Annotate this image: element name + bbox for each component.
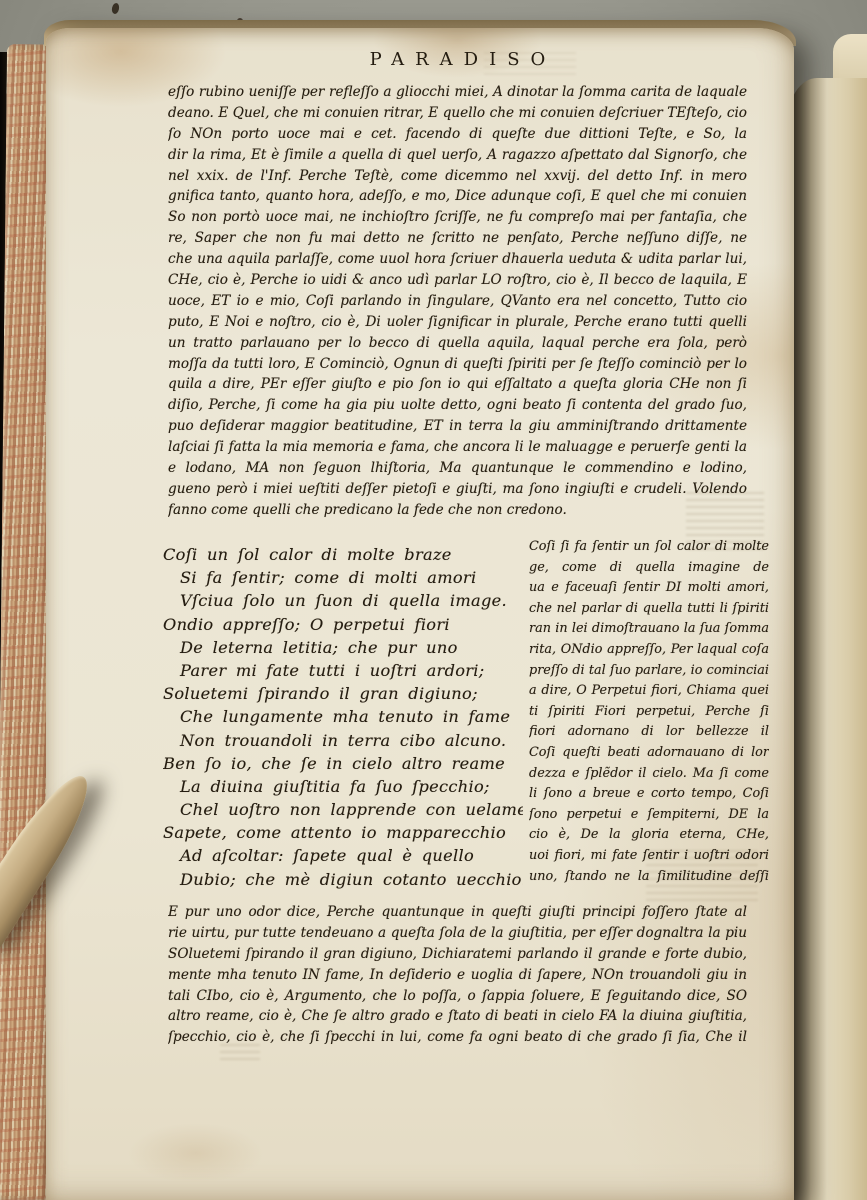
text-line: preſſo di tal ſuo parlare, io cominciai … bbox=[529, 661, 769, 682]
verse-column: Coſi un ſol calor di molte braze Si fa ſ… bbox=[163, 543, 523, 891]
text-line: diſio, Perche, ſi come ha gia piu uolte … bbox=[168, 395, 747, 416]
text-line: mente mha tenuto IN fame, In deſiderio e… bbox=[168, 965, 747, 986]
text-line: dezza e ſplẽdor il cielo. Ma ſi come que… bbox=[529, 764, 769, 785]
text-line: ge, come di quella imagine de laquila uſ… bbox=[529, 558, 769, 579]
text-line: Coſi ſi fa ſentir un ſol calor di molte … bbox=[529, 537, 769, 558]
top-commentary-block: eſſo rubino ueniſſe per refleſſo a glioc… bbox=[168, 82, 747, 521]
verse-line: Sapete, come attento io mapparecchio bbox=[163, 821, 523, 844]
text-line: gnifica tanto, quanto hora, adeſſo, e mo… bbox=[168, 186, 747, 207]
text-line: ſono perpetui e ſempiterni, DE la letiti… bbox=[529, 805, 769, 826]
text-line: SOluetemi ſpirando il gran digiuno, Dich… bbox=[168, 944, 747, 965]
text-line: gueno però i miei ueſtiti deſſer pietoſi… bbox=[168, 479, 747, 500]
verse-line: Ben ſo io, che ſe in cielo altro reame bbox=[163, 752, 523, 775]
text-line: cio è, De la gloria eterna, CHe, Iquali bbox=[529, 825, 769, 846]
text-line: So non portò uoce mai, ne inchioſtro ſcr… bbox=[168, 207, 747, 228]
verse-line: Soluetemi ſpirando il gran digiuno; bbox=[163, 682, 523, 705]
text-line: quila a dire, PEr eſſer giuſto e pio ſon… bbox=[168, 374, 747, 395]
facing-page-fore-edge bbox=[787, 78, 867, 1200]
book-page: PARADISO eſſo rubino ueniſſe per refleſſ… bbox=[46, 28, 794, 1200]
text-line: laſciai ſi fatta la mia memoria e fama, … bbox=[168, 437, 747, 458]
bottom-commentary-block: E pur uno odor dice, Perche quantunque i… bbox=[168, 902, 747, 1048]
text-line: ſo NOn porto uoce mai e cet. facendo di … bbox=[168, 124, 747, 145]
text-line: Coſi queſti beati adornauano di lor luci… bbox=[529, 743, 769, 764]
text-line: ti ſpiriti Fiori perpetui, Perche ſi com… bbox=[529, 702, 769, 723]
text-line: ſpecchio, cio è, che ſi ſpecchi in lui, … bbox=[168, 1027, 747, 1048]
text-line: tali CIbo, cio è, Argumento, che lo poſſ… bbox=[168, 986, 747, 1007]
book-photograph: PARADISO eſſo rubino ueniſſe per refleſſ… bbox=[0, 0, 867, 1200]
text-line: che nel parlar di quella tutti li ſpirit… bbox=[529, 599, 769, 620]
text-line: e lodano, MA non ſeguon lhiſtoria, Ma qu… bbox=[168, 458, 747, 479]
verse-line: Coſi un ſol calor di molte braze bbox=[163, 543, 523, 566]
verse-line: Non trouandoli in terra cibo alcuno. bbox=[163, 729, 523, 752]
commentary-column: Coſi ſi fa ſentir un ſol calor di molte … bbox=[529, 537, 769, 887]
page-title: PARADISO bbox=[168, 49, 747, 70]
text-line: deano. E Quel, che mi conuien ritrar, E … bbox=[168, 103, 747, 124]
text-line: fiori adornano di lor bellezze il prato, bbox=[529, 722, 769, 743]
text-line: altro reame, cio è, Che ſe altro grado e… bbox=[168, 1006, 747, 1027]
text-line: moſſa da tutti loro, E Cominciò, Ognun d… bbox=[168, 354, 747, 375]
verse-line: La diuina giuſtitia fa ſuo ſpecchio; bbox=[163, 775, 523, 798]
verse-line: Si fa ſentir; come di molti amori bbox=[163, 566, 523, 589]
text-line: dir la rima, Et è ſimile a quella di que… bbox=[168, 145, 747, 166]
text-line: a dire, O Perpetui fiori, Chiama quei be… bbox=[529, 681, 769, 702]
text-line: uoce, ET io e mio, Coſi parlando in ſing… bbox=[168, 291, 747, 312]
text-line: li ſono a breue e corto tempo, Coſi queſ… bbox=[529, 784, 769, 805]
text-line: ran in lei dimoſtrauano la ſua ſomma ca⸗ bbox=[529, 619, 769, 640]
text-line: re, Saper che non fu mai detto ne ſcritt… bbox=[168, 228, 747, 249]
text-line: E pur uno odor dice, Perche quantunque i… bbox=[168, 902, 747, 923]
verse-line: Parer mi fate tutti i uoſtri ardori; bbox=[163, 659, 523, 682]
text-line: nel xxix. de l'Inf. Perche Teſtè, come d… bbox=[168, 166, 747, 187]
text-line: un tratto parlauano per lo becco di quel… bbox=[168, 333, 747, 354]
text-line: puo deſiderar maggior beatitudine, ET in… bbox=[168, 416, 747, 437]
verse-line: Chel uoſtro non lapprende con uelame. bbox=[163, 798, 523, 821]
verse-line: Che lungamente mha tenuto in fame bbox=[163, 705, 523, 728]
text-line: che una aquila parlaſſe, come uuol hora … bbox=[168, 249, 747, 270]
dust-speck bbox=[111, 2, 120, 14]
verse-line: Dubio; che mè digiun cotanto uecchio. bbox=[163, 868, 523, 891]
verse-line: Ad aſcoltar: ſapete qual è quello bbox=[163, 844, 523, 867]
text-line: fanno come quelli che predicano la fede … bbox=[168, 500, 747, 521]
text-line: puto, E Noi e noſtro, cio è, Di uoler ſi… bbox=[168, 312, 747, 333]
text-line: eſſo rubino ueniſſe per refleſſo a glioc… bbox=[168, 82, 747, 103]
text-line: ua e faceuaſi ſentir DI molti amori, Per… bbox=[529, 578, 769, 599]
text-line: rita, ONdio appreſſo, Per laqual coſa ap… bbox=[529, 640, 769, 661]
verse-line: De leterna letitia; che pur uno bbox=[163, 636, 523, 659]
text-line: uno, ſtando ne la ſimilitudine deſſi fio… bbox=[529, 867, 769, 888]
text-line: rie uirtu, pur tutte tendeuano a queſta … bbox=[168, 923, 747, 944]
verse-line: Ondio appreſſo; O perpetui fiori bbox=[163, 613, 523, 636]
verse-line: Vſciua ſolo un ſuon di quella image. bbox=[163, 589, 523, 612]
text-line: uoi fiori, mi fate ſentir i uoſtri odori… bbox=[529, 846, 769, 867]
text-line: CHe, cio è, Perche io uidi & anco udì pa… bbox=[168, 270, 747, 291]
